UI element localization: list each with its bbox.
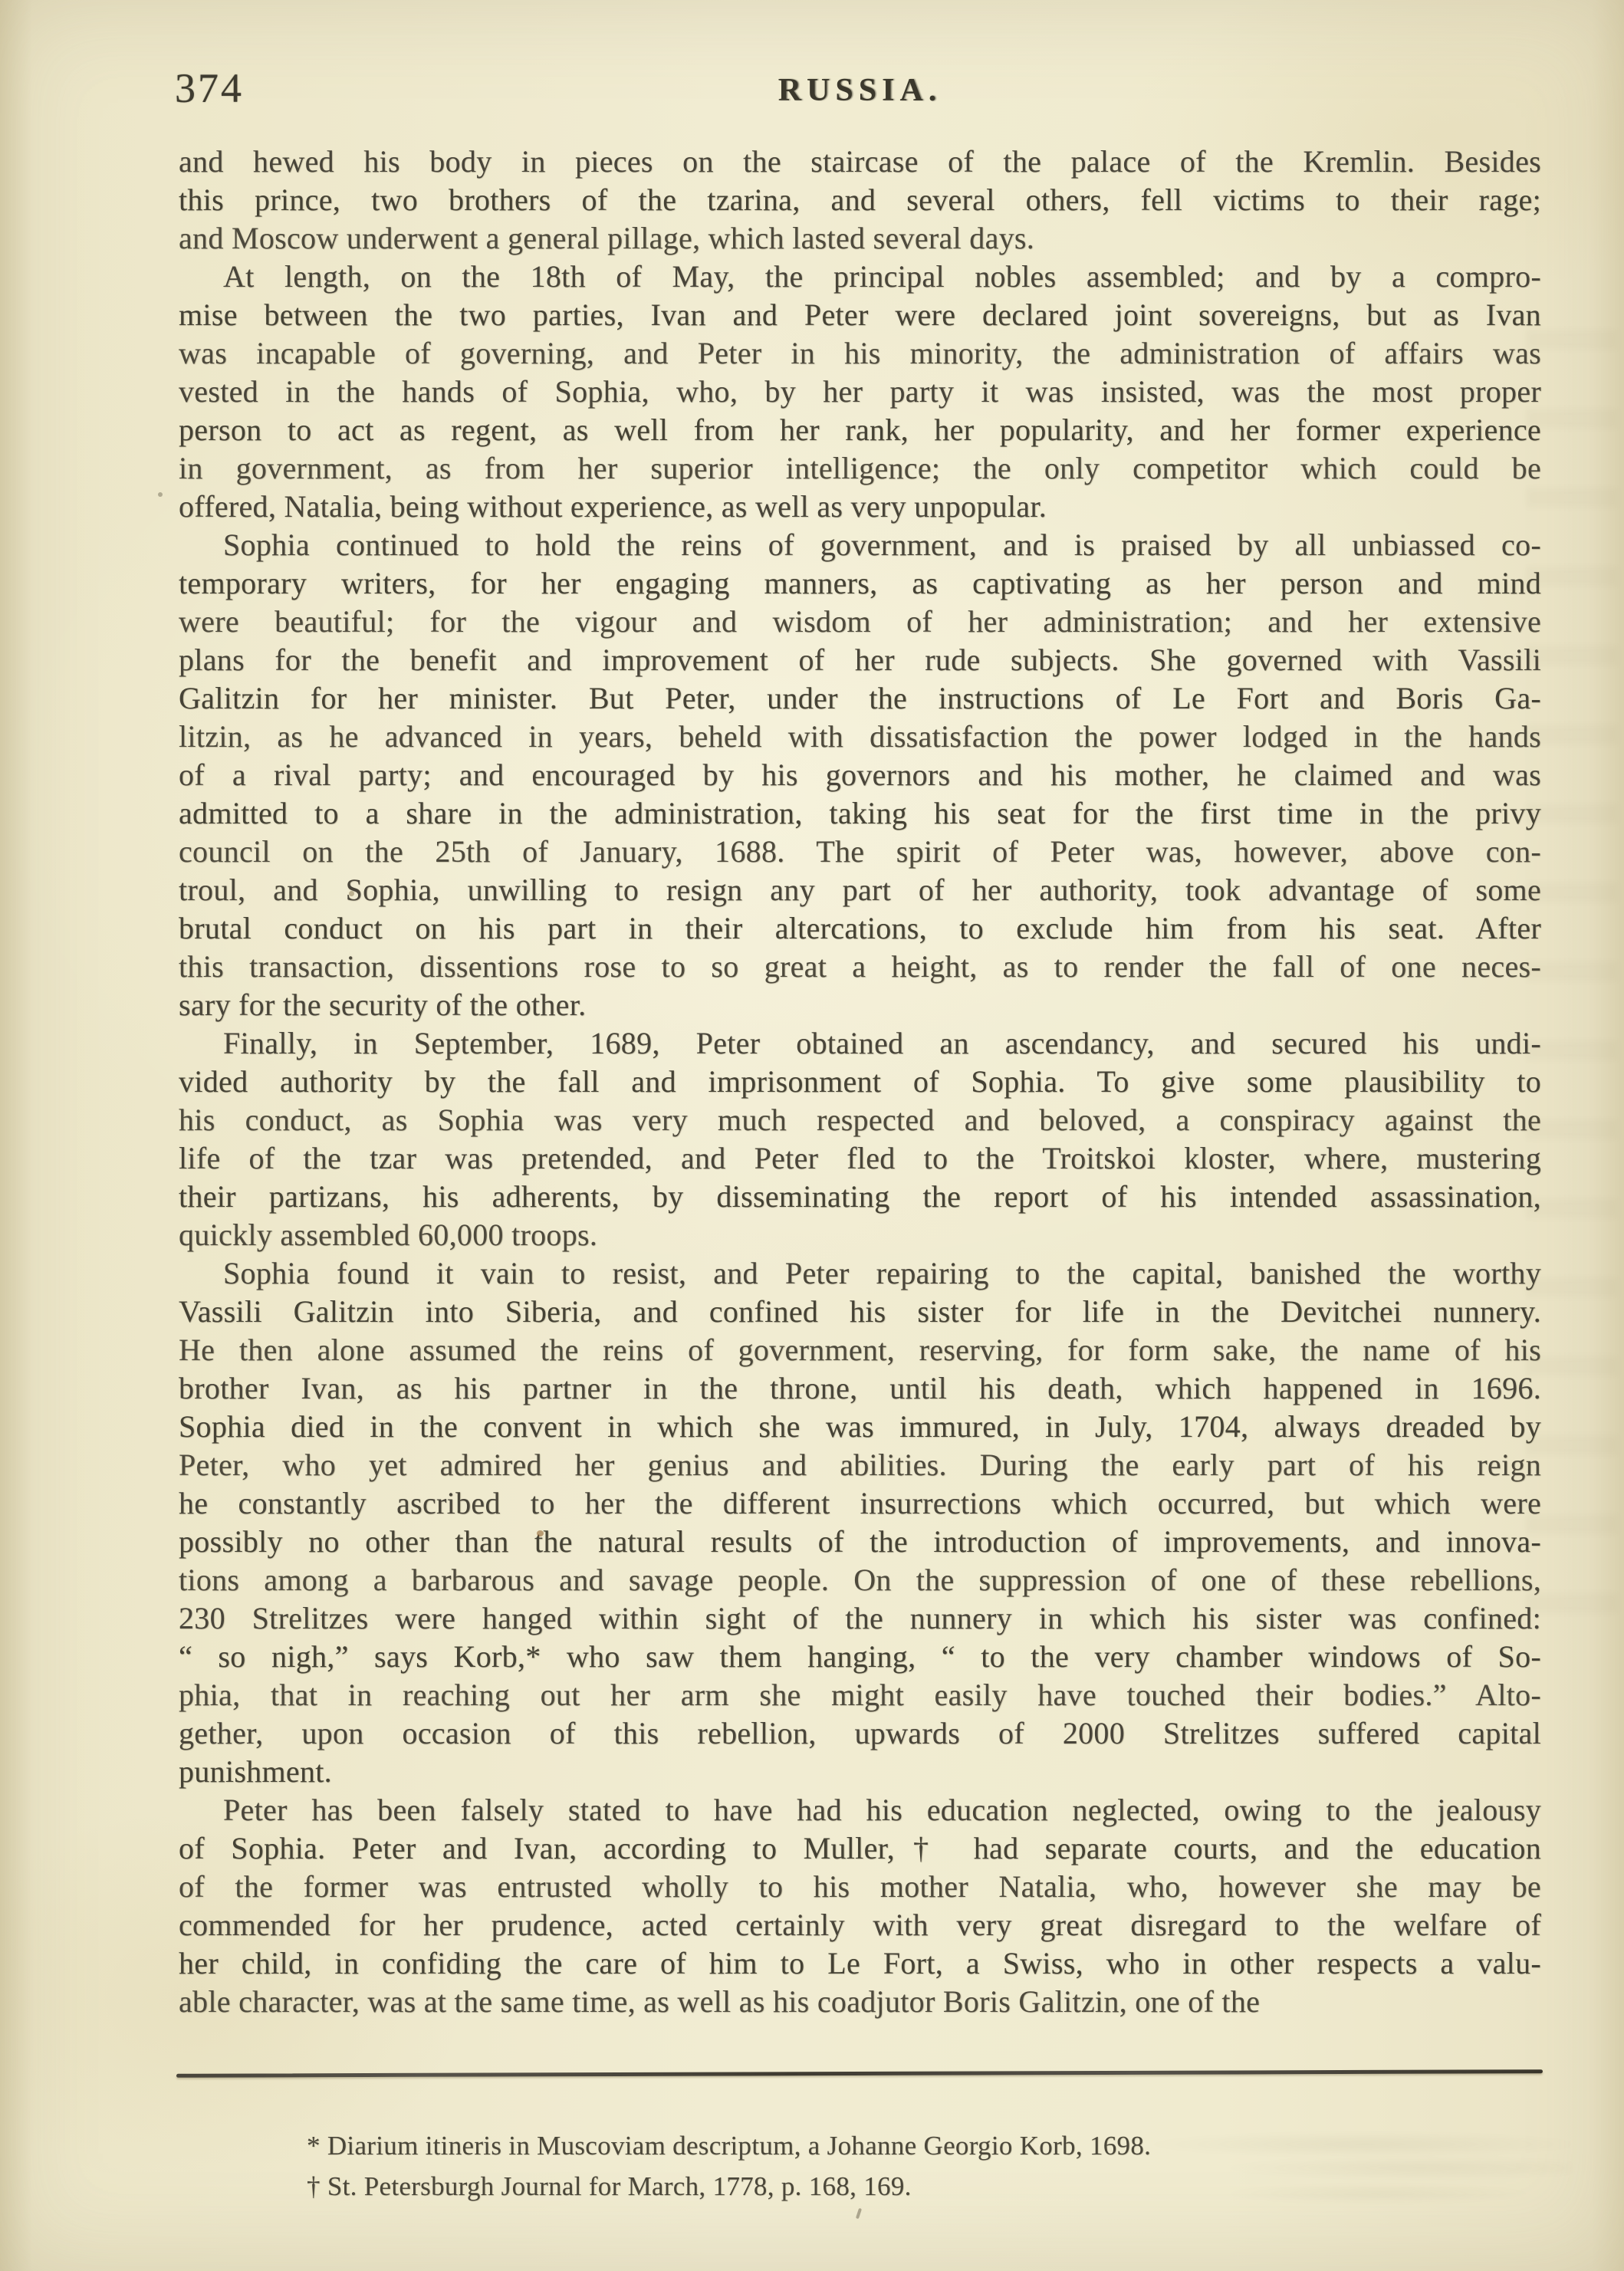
body-text: and hewed his body in pieces on the stai… bbox=[179, 143, 1541, 2021]
text-line: Finally, in September, 1689, Peter obtai… bbox=[179, 1024, 1541, 1063]
text-line: troul, and Sophia, unwilling to resign a… bbox=[179, 871, 1541, 909]
footnote-asterisk: * Diarium itineris in Muscoviam descript… bbox=[307, 2125, 1457, 2166]
text-line: offered, Natalia, being without experien… bbox=[179, 488, 1541, 526]
text-line: Sophia found it vain to resist, and Pete… bbox=[179, 1254, 1541, 1293]
text-line: able character, was at the same time, as… bbox=[179, 1983, 1541, 2021]
text-line: in government, as from her superior inte… bbox=[179, 449, 1541, 488]
text-line: of a rival party; and encouraged by his … bbox=[179, 756, 1541, 794]
text-line: Vassili Galitzin into Siberia, and confi… bbox=[179, 1293, 1541, 1331]
text-line: Peter has been falsely stated to have ha… bbox=[179, 1791, 1541, 1829]
text-line: her child, in confiding the care of him … bbox=[179, 1944, 1541, 1983]
text-line: life of the tzar was pretended, and Pete… bbox=[179, 1139, 1541, 1178]
text-line: commended for her prudence, acted certai… bbox=[179, 1906, 1541, 1944]
text-line: mise between the two parties, Ivan and P… bbox=[179, 296, 1541, 334]
text-line: person to act as regent, as well from he… bbox=[179, 411, 1541, 449]
text-line: plans for the benefit and improvement of… bbox=[179, 641, 1541, 679]
text-line: punishment. bbox=[179, 1753, 1541, 1791]
paragraph: Finally, in September, 1689, Peter obtai… bbox=[179, 1024, 1541, 1254]
footnotes: * Diarium itineris in Muscoviam descript… bbox=[307, 2125, 1457, 2207]
ink-speck bbox=[856, 2208, 862, 2220]
paragraph: Sophia found it vain to resist, and Pete… bbox=[179, 1254, 1541, 1791]
footnote-dagger: † St. Petersburgh Journal for March, 177… bbox=[307, 2166, 1457, 2207]
text-line: litzin, as he advanced in years, beheld … bbox=[179, 718, 1541, 756]
text-line: this prince, two brothers of the tzarina… bbox=[179, 181, 1541, 219]
text-line: brother Ivan, as his partner in the thro… bbox=[179, 1369, 1541, 1408]
text-line: Sophia continued to hold the reins of go… bbox=[179, 526, 1541, 564]
text-line: their partizans, his adherents, by disse… bbox=[179, 1178, 1541, 1216]
book-page: 374 RUSSIA. and hewed his body in pieces… bbox=[0, 0, 1624, 2271]
text-line: Galitzin for her minister. But Peter, un… bbox=[179, 679, 1541, 718]
text-line: his conduct, as Sophia was very much res… bbox=[179, 1101, 1541, 1139]
text-line: At length, on the 18th of May, the princ… bbox=[179, 258, 1541, 296]
text-line: possibly no other than the natural resul… bbox=[179, 1523, 1541, 1561]
text-line: brutal conduct on his part in their alte… bbox=[179, 909, 1541, 948]
text-line: vested in the hands of Sophia, who, by h… bbox=[179, 373, 1541, 411]
ink-speck bbox=[349, 891, 354, 896]
text-line: temporary writers, for her engaging mann… bbox=[179, 564, 1541, 603]
text-line: admitted to a share in the administratio… bbox=[179, 794, 1541, 833]
text-line: were beautiful; for the vigour and wisdo… bbox=[179, 603, 1541, 641]
footnote-rule bbox=[176, 2069, 1543, 2078]
text-line: gether, upon occasion of this rebellion,… bbox=[179, 1714, 1541, 1753]
running-head: RUSSIA. bbox=[179, 72, 1541, 109]
text-line: Peter, who yet admired her genius and ab… bbox=[179, 1446, 1541, 1484]
text-line: vided authority by the fall and imprison… bbox=[179, 1063, 1541, 1101]
ink-speck bbox=[158, 492, 163, 497]
text-line: “ so nigh,” says Korb,* who saw them han… bbox=[179, 1638, 1541, 1676]
text-line: this transaction, dissentions rose to so… bbox=[179, 948, 1541, 986]
text-line: He then alone assumed the reins of gover… bbox=[179, 1331, 1541, 1369]
text-line: he constantly ascribed to her the differ… bbox=[179, 1484, 1541, 1523]
ink-speck bbox=[537, 1530, 544, 1536]
text-line: sary for the security of the other. bbox=[179, 986, 1541, 1024]
text-line: 230 Strelitzes were hanged within sight … bbox=[179, 1599, 1541, 1638]
text-line: and Moscow underwent a general pillage, … bbox=[179, 219, 1541, 258]
paragraph: and hewed his body in pieces on the stai… bbox=[179, 143, 1541, 258]
text-line: council on the 25th of January, 1688. Th… bbox=[179, 833, 1541, 871]
text-line: of the former was entrusted wholly to hi… bbox=[179, 1868, 1541, 1906]
paragraph: At length, on the 18th of May, the princ… bbox=[179, 258, 1541, 526]
paragraph: Sophia continued to hold the reins of go… bbox=[179, 526, 1541, 1024]
text-line: tions among a barbarous and savage peopl… bbox=[179, 1561, 1541, 1599]
text-line: Sophia died in the convent in which she … bbox=[179, 1408, 1541, 1446]
text-line: was incapable of governing, and Peter in… bbox=[179, 334, 1541, 373]
paragraph: Peter has been falsely stated to have ha… bbox=[179, 1791, 1541, 2021]
text-line: phia, that in reaching out her arm she m… bbox=[179, 1676, 1541, 1714]
text-line: and hewed his body in pieces on the stai… bbox=[179, 143, 1541, 181]
text-line: of Sophia. Peter and Ivan, according to … bbox=[179, 1829, 1541, 1868]
text-line: quickly assembled 60,000 troops. bbox=[179, 1216, 1541, 1254]
